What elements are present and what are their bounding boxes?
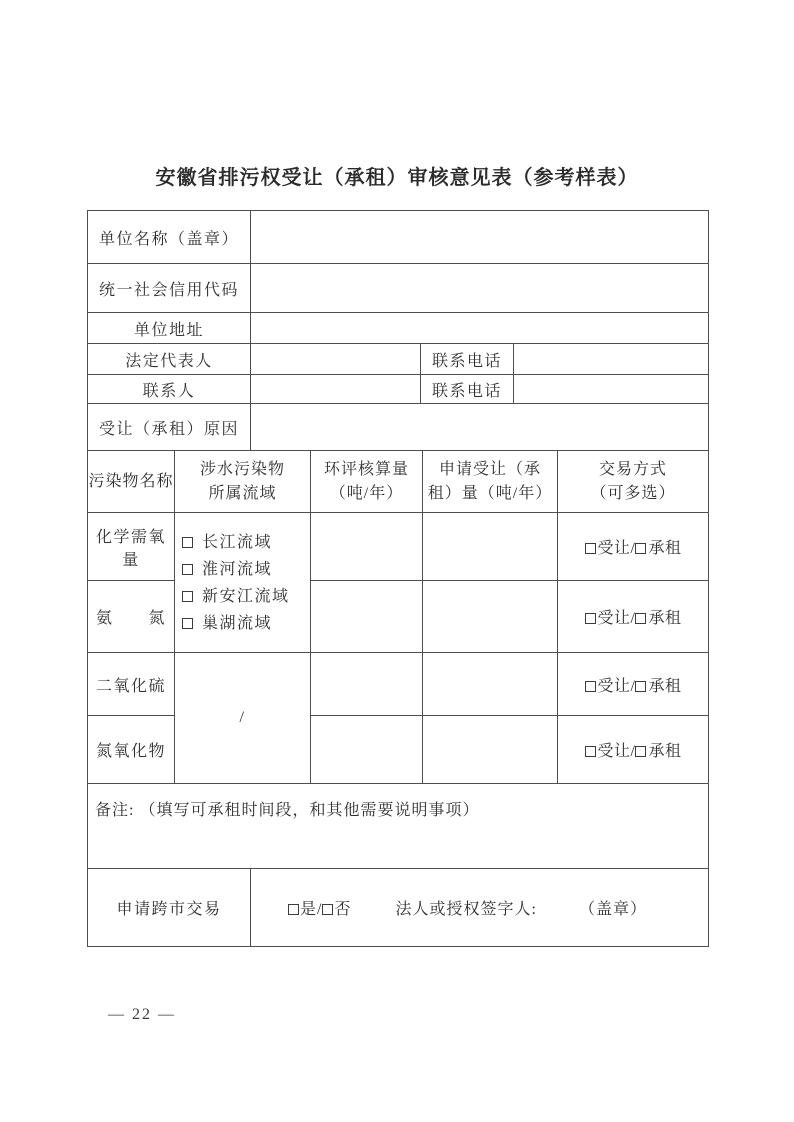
table-row: 单位地址 xyxy=(88,313,709,344)
checkbox-icon xyxy=(182,564,193,575)
form-table: 单位名称（盖章） 统一社会信用代码 单位地址 法定代表人 联系电话 联系人 联系… xyxy=(87,210,708,947)
checkbox-icon xyxy=(585,613,596,624)
transfer-reason-label: 受让（承租）原因 xyxy=(88,404,251,451)
col-header-basin: 涉水污染物 所属流域 xyxy=(175,451,311,513)
table-row: 统一社会信用代码 xyxy=(88,264,709,313)
checkbox-icon xyxy=(182,618,193,629)
legal-rep-value-cell xyxy=(251,344,421,375)
trade-mode-cell: 受让/承租 xyxy=(558,513,709,581)
contact-phone-value-cell xyxy=(514,375,709,404)
trade-option-label: 受让 xyxy=(598,678,631,695)
pollutant-name: 氮氧化物 xyxy=(88,716,175,784)
basin-option-label: 新安江流域 xyxy=(202,588,290,605)
checkbox-icon xyxy=(322,904,333,915)
checkbox-icon xyxy=(288,904,299,915)
trade-option-label: 承租 xyxy=(648,678,681,695)
apply-amount-cell xyxy=(423,513,558,581)
trade-option-label: 受让 xyxy=(598,743,631,760)
page-title: 安徽省排污权受让（承租）审核意见表（参考样表） xyxy=(0,161,794,190)
unit-address-value-cell xyxy=(251,313,709,344)
header-line: 涉水污染物 xyxy=(175,458,310,482)
pollutant-name: 二氧化硫 xyxy=(88,653,175,716)
checkbox-icon xyxy=(635,746,646,757)
pollutant-row-so2: 二氧化硫 / 受让/承租 xyxy=(88,653,709,716)
contact-phone-label: 联系电话 xyxy=(421,375,514,404)
apply-amount-cell xyxy=(423,653,558,716)
checkbox-icon xyxy=(635,613,646,624)
checkbox-icon xyxy=(635,681,646,692)
unit-name-label: 单位名称（盖章） xyxy=(88,211,251,264)
pollutant-table: 污染物名称 涉水污染物 所属流域 环评核算量 （吨/年） 申请受让（承 租）量（… xyxy=(87,450,709,784)
trade-option-label: 承租 xyxy=(648,540,681,557)
cross-city-answer-cell: 是/否法人或授权签字人:（盖章） xyxy=(251,869,709,947)
water-basin-options-cell: 长江流域 淮河流域 新安江流域 巢湖流域 xyxy=(175,513,311,653)
unit-address-label: 单位地址 xyxy=(88,313,251,344)
trade-option-label: 承租 xyxy=(648,610,681,627)
unit-name-value-cell xyxy=(251,211,709,264)
basin-option: 长江流域 xyxy=(182,529,310,556)
col-header-pollutant-name: 污染物名称 xyxy=(88,451,175,513)
footer-table: 备注: （填写可承租时间段，和其他需要说明事项） 申请跨市交易 是/否法人或授权… xyxy=(87,783,709,947)
contact-person-label: 联系人 xyxy=(88,375,251,404)
legal-rep-label: 法定代表人 xyxy=(88,344,251,375)
header-line: 租）量（吨/年） xyxy=(423,482,557,506)
transfer-reason-value-cell xyxy=(251,404,709,451)
apply-amount-cell xyxy=(423,716,558,784)
table-row: 联系人 联系电话 xyxy=(88,375,709,404)
basin-option: 新安江流域 xyxy=(182,583,310,610)
cross-city-no-label: 否 xyxy=(334,901,351,918)
trade-mode-cell: 受让/承租 xyxy=(558,716,709,784)
checkbox-icon xyxy=(585,543,596,554)
table-row: 受让（承租）原因 xyxy=(88,404,709,451)
table-row: 单位名称（盖章） xyxy=(88,211,709,264)
legal-rep-phone-label: 联系电话 xyxy=(421,344,514,375)
cross-city-label: 申请跨市交易 xyxy=(88,869,251,947)
checkbox-icon xyxy=(585,746,596,757)
cross-city-row: 申请跨市交易 是/否法人或授权签字人:（盖章） xyxy=(88,869,709,947)
seal-placeholder: （盖章） xyxy=(579,901,647,918)
eia-amount-cell xyxy=(311,513,423,581)
trade-option-label: 受让 xyxy=(598,540,631,557)
basin-option: 巢湖流域 xyxy=(182,610,310,637)
checkbox-icon xyxy=(182,591,193,602)
signer-label: 法人或授权签字人: xyxy=(395,901,536,918)
table-row: 法定代表人 联系电话 xyxy=(88,344,709,375)
header-line: 交易方式 xyxy=(558,458,708,482)
credit-code-label: 统一社会信用代码 xyxy=(88,264,251,313)
cross-city-yes-label: 是 xyxy=(300,901,317,918)
trade-mode-cell: 受让/承租 xyxy=(558,581,709,653)
header-line: （可多选） xyxy=(558,482,708,506)
checkbox-icon xyxy=(182,537,193,548)
remarks-cell: 备注: （填写可承租时间段，和其他需要说明事项） xyxy=(88,784,709,869)
remarks-row: 备注: （填写可承租时间段，和其他需要说明事项） xyxy=(88,784,709,869)
apply-amount-cell xyxy=(423,581,558,653)
eia-amount-cell xyxy=(311,716,423,784)
contact-person-value-cell xyxy=(251,375,421,404)
basin-option: 淮河流域 xyxy=(182,556,310,583)
eia-amount-cell xyxy=(311,581,423,653)
header-line: （吨/年） xyxy=(311,482,422,506)
trade-option-label: 承租 xyxy=(648,743,681,760)
scanned-form-page: 安徽省排污权受让（承租）审核意见表（参考样表） 单位名称（盖章） 统一社会信用代… xyxy=(0,0,794,1122)
header-line: 申请受让（承 xyxy=(423,458,557,482)
legal-rep-phone-value-cell xyxy=(514,344,709,375)
pollutant-header-row: 污染物名称 涉水污染物 所属流域 环评核算量 （吨/年） 申请受让（承 租）量（… xyxy=(88,451,709,513)
basin-option-label: 长江流域 xyxy=(202,534,272,551)
header-line: 环评核算量 xyxy=(311,458,422,482)
col-header-eia-amount: 环评核算量 （吨/年） xyxy=(311,451,423,513)
credit-code-value-cell xyxy=(251,264,709,313)
checkbox-icon xyxy=(585,681,596,692)
col-header-trade-mode: 交易方式 （可多选） xyxy=(558,451,709,513)
col-header-apply-amount: 申请受让（承 租）量（吨/年） xyxy=(423,451,558,513)
header-line: 所属流域 xyxy=(175,482,310,506)
trade-mode-cell: 受让/承租 xyxy=(558,653,709,716)
checkbox-icon xyxy=(635,543,646,554)
basin-option-label: 淮河流域 xyxy=(202,561,272,578)
air-basin-placeholder-cell: / xyxy=(175,653,311,784)
pollutant-name: 氨 氮 xyxy=(88,581,175,653)
eia-amount-cell xyxy=(311,653,423,716)
basin-option-label: 巢湖流域 xyxy=(202,615,272,632)
pollutant-name: 化学需氧量 xyxy=(88,513,175,581)
page-number: — 22 — xyxy=(108,1006,176,1024)
pollutant-row-cod: 化学需氧量 长江流域 淮河流域 新安江流域 巢湖流域 受让/承租 xyxy=(88,513,709,581)
trade-option-label: 受让 xyxy=(598,610,631,627)
unit-info-table: 单位名称（盖章） 统一社会信用代码 单位地址 法定代表人 联系电话 联系人 联系… xyxy=(87,210,709,451)
